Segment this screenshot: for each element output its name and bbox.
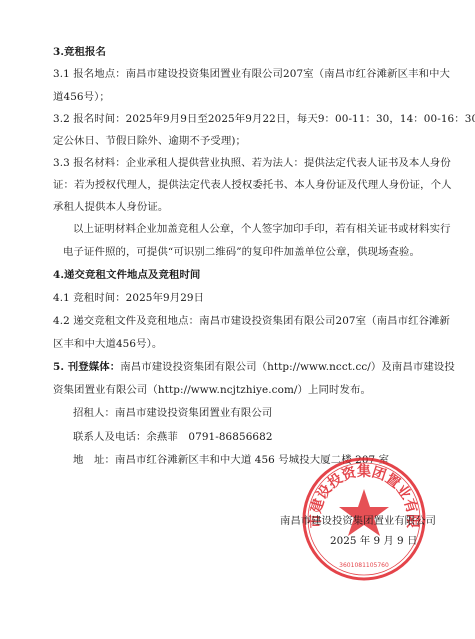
- section-3-2-line-2: 定公休日、节假日除外、逾期不予受理)；: [53, 134, 246, 148]
- svg-text:3601081105760: 3601081105760: [339, 562, 389, 569]
- lessor: 招租人：南昌市建设投资集团置业有限公司: [73, 406, 272, 420]
- section-4-heading: 4.递交竞租文件地点及竞租时间: [53, 268, 200, 282]
- section-5-line-2: 资集团置业有限公司（http://www.ncjtzhiye.com/）上同时发…: [53, 383, 371, 397]
- section-3-2-line-1: 3.2 报名时间：2025年9月9日至2025年9月22日，每天9：00-11：…: [53, 112, 475, 126]
- section-3-3-line-2: 证：若为授权代理人，提供法定代表人授权委托书、本人身份证及代理人身份证，个人: [53, 178, 452, 192]
- section-5-text: 南昌市建设投资集团有限公司（http://www.ncct.cc/）及南昌市建设…: [120, 361, 455, 373]
- section-3-3-line-3: 承租人提供本人身份证。: [53, 200, 168, 214]
- section-3-heading: 3.竞租报名: [53, 45, 106, 59]
- document-page: 3.竞租报名 3.1 报名地点：南昌市建设投资集团置业有限公司207室（南昌市红…: [0, 0, 475, 639]
- note-line-2: 电子证件照的，可提供“可识别二维码”的复印件加盖单位公章，供现场查验。: [63, 245, 420, 259]
- section-3-3-line-1: 3.3 报名材料：企业承租人提供营业执照、若为法人：提供法定代表人证书及本人身份: [53, 156, 451, 170]
- section-5-label: 5. 刊登媒体：: [53, 361, 120, 373]
- contact-person-phone: 联系人及电话：余燕菲 0791-86856682: [73, 430, 273, 444]
- section-4-2-line-2: 区丰和中大道456号）。: [53, 337, 162, 351]
- note-line-1: 以上证明材料企业加盖竞租人公章，个人签字加印手印，若有相关证书或材料实行: [73, 222, 451, 236]
- signature-company: 南昌市建设投资集团置业有限公司: [280, 512, 436, 527]
- section-4-2-line-1: 4.2 递交竞租文件及竞租地点：南昌市建设投资集团有限公司207室（南昌市红谷滩…: [53, 314, 450, 328]
- section-3-1-line-1: 3.1 报名地点：南昌市建设投资集团置业有限公司207室（南昌市红谷滩新区丰和中…: [53, 67, 450, 81]
- section-3-1-line-2: 道456号）；: [53, 90, 110, 104]
- signature-date: 2025 年 9 月 9 日: [330, 532, 417, 547]
- section-4-1: 4.1 竞租时间：2025年9月29日: [53, 291, 204, 305]
- section-5-line-1: 5. 刊登媒体：南昌市建设投资集团有限公司（http://www.ncct.cc…: [53, 360, 455, 374]
